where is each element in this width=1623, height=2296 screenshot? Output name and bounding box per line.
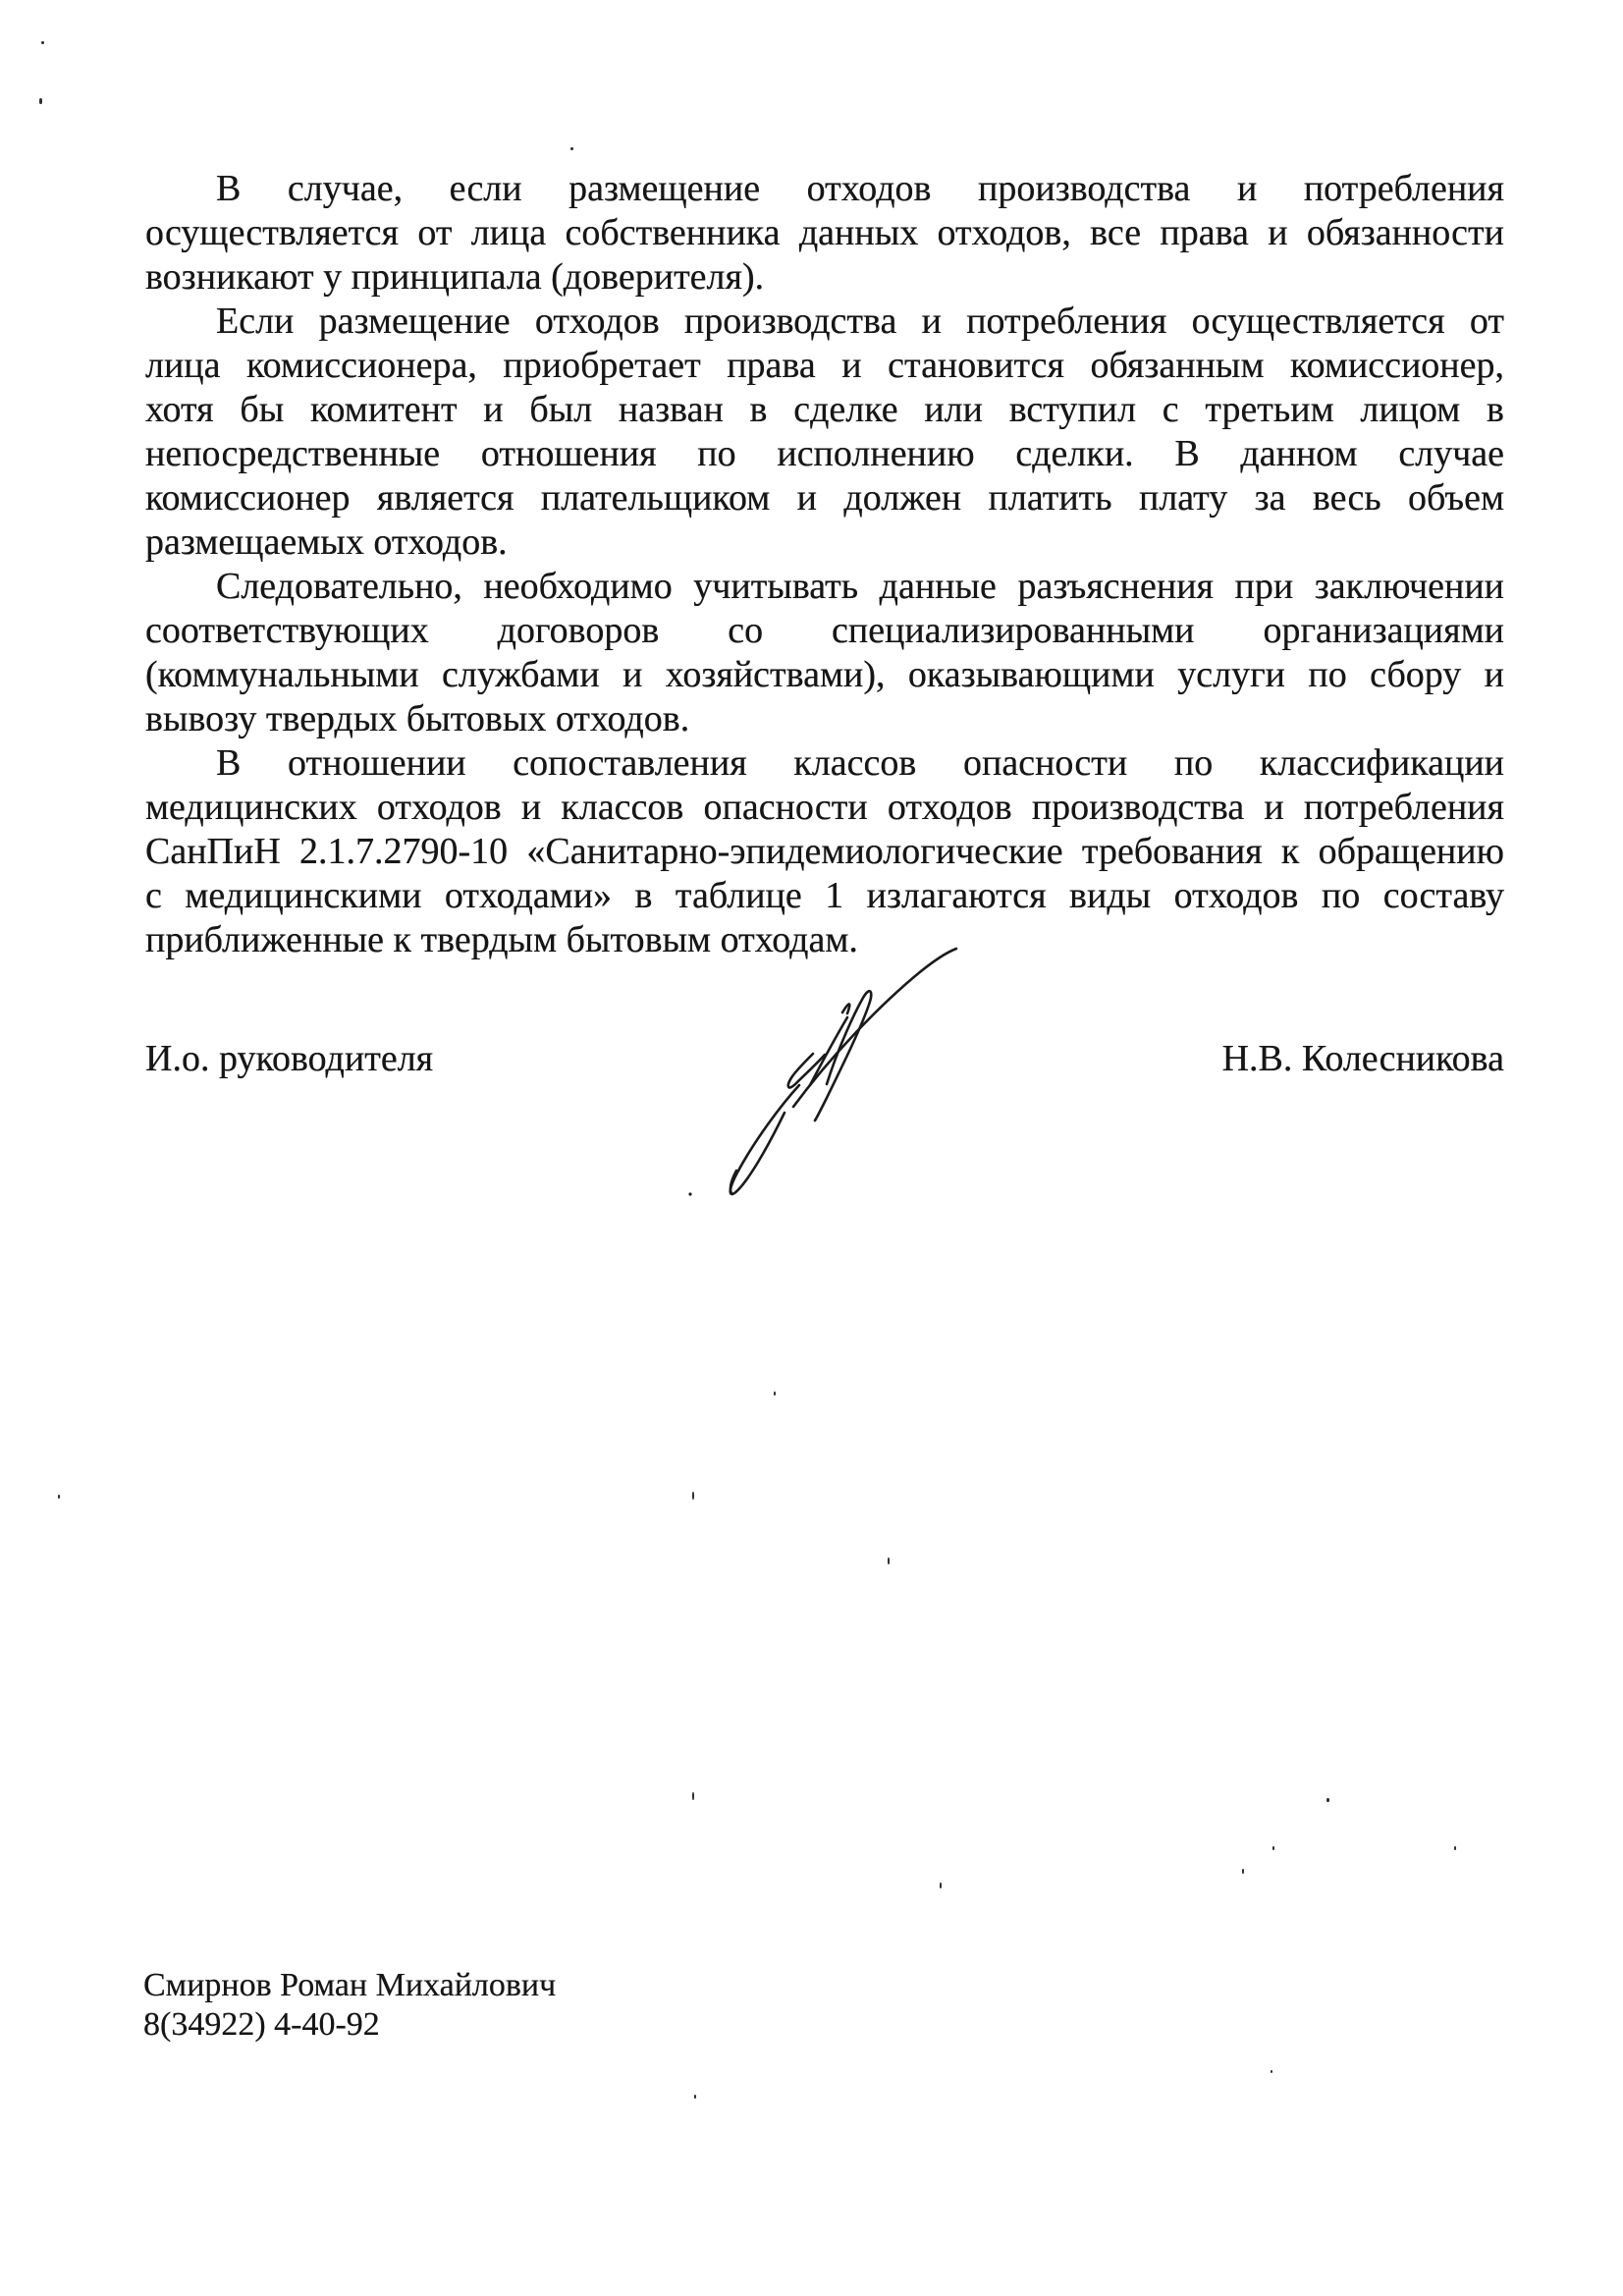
contact-phone: 8(34922) 4-40-92	[143, 2005, 556, 2045]
scan-speckle	[1271, 2070, 1272, 2073]
signer-name: Н.В. Колесникова	[1222, 1037, 1504, 1081]
text-line: непосредственные отношения по исполнению…	[145, 432, 1504, 476]
text-line: возникают у принципала (доверителя).	[145, 255, 1504, 300]
paragraph-3: Следовательно, необходимо учитывать данн…	[145, 565, 1504, 741]
document-page: В случае, если размещение отходов произв…	[0, 0, 1623, 2296]
text-line: соответствующих договоров со специализир…	[145, 609, 1504, 653]
text-line: СанПиН 2.1.7.2790-10 «Санитарно-эпидемио…	[145, 830, 1504, 874]
letter-body: В случае, если размещение отходов произв…	[145, 167, 1504, 962]
footer-contact-block: Смирнов Роман Михайлович 8(34922) 4-40-9…	[143, 1966, 556, 2045]
text-line: В случае, если размещение отходов произв…	[145, 167, 1504, 211]
text-line: с медицинскими отходами» в таблице 1 изл…	[145, 874, 1504, 918]
scan-speckle	[58, 1495, 60, 1499]
paragraph-2: Если размещение отходов производства и п…	[145, 300, 1504, 565]
scan-speckle	[694, 2095, 696, 2099]
text-line: вывозу твердых бытовых отходов.	[145, 697, 1504, 741]
scan-speckle	[692, 1792, 694, 1800]
text-line: хотя бы комитент и был назван в сделке и…	[145, 388, 1504, 432]
scan-speckle	[39, 98, 42, 104]
scan-speckle	[692, 1492, 694, 1500]
text-line: медицинских отходов и классов опасности …	[145, 786, 1504, 830]
text-line: (коммунальными службами и хозяйствами), …	[145, 653, 1504, 697]
signer-position-title: И.о. руководителя	[145, 1037, 433, 1081]
text-line: осуществляется от лица собственника данн…	[145, 211, 1504, 255]
text-line: комиссионер является плательщиком и долж…	[145, 476, 1504, 520]
scan-speckle	[41, 41, 44, 44]
scan-speckle	[570, 147, 573, 150]
scan-speckle	[940, 1883, 942, 1888]
text-line: В отношении сопоставления классов опасно…	[145, 741, 1504, 786]
scan-speckle	[1454, 1846, 1456, 1850]
text-line: размещаемых отходов.	[145, 520, 1504, 565]
text-line: Если размещение отходов производства и п…	[145, 300, 1504, 344]
paragraph-1: В случае, если размещение отходов произв…	[145, 167, 1504, 300]
scan-speckle	[1242, 1869, 1244, 1874]
scan-speckle	[1272, 1846, 1274, 1850]
text-line: Следовательно, необходимо учитывать данн…	[145, 565, 1504, 609]
handwritten-signature-icon	[677, 925, 992, 1220]
scan-speckle	[1326, 1798, 1329, 1802]
scan-speckle	[774, 1392, 776, 1395]
scan-speckle	[888, 1558, 890, 1564]
contact-name: Смирнов Роман Михайлович	[143, 1966, 556, 2005]
text-line: лица комиссионера, приобретает права и с…	[145, 344, 1504, 388]
